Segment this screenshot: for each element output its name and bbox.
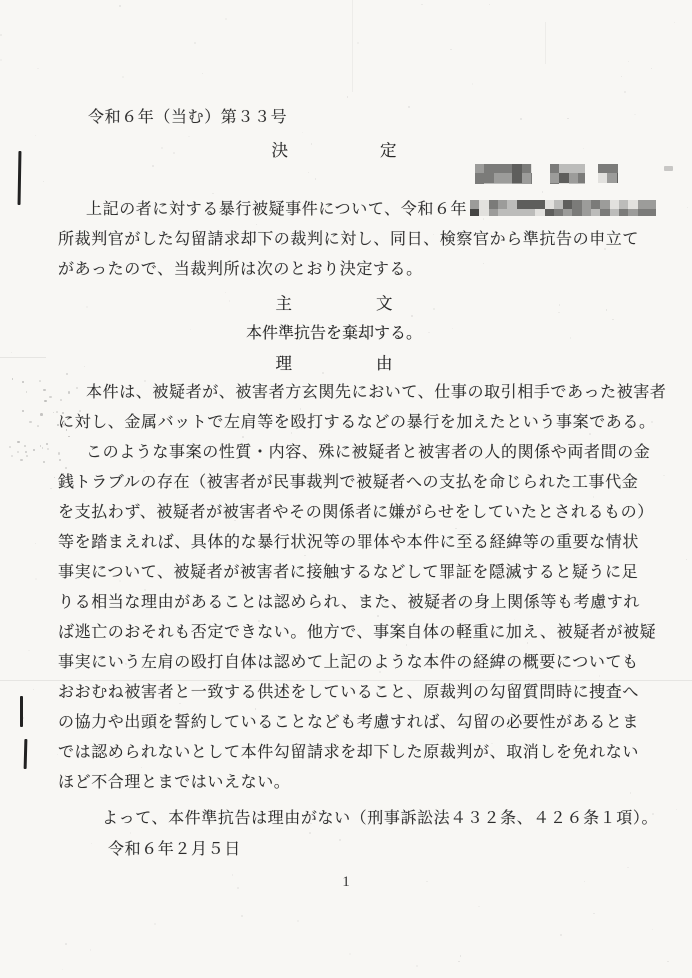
redaction-segment: [598, 164, 618, 183]
paper-noise-speck: [49, 396, 51, 398]
paper-noise-speck: [599, 675, 601, 677]
paper-noise-speck: [11, 352, 12, 353]
scan-crease: [0, 357, 46, 358]
scan-mark: [20, 696, 23, 727]
paper-noise-speck: [363, 267, 364, 268]
paper-noise-speck: [202, 73, 203, 74]
paper-noise-speck: [237, 887, 239, 889]
pixelated-redaction-date-court: [470, 200, 656, 216]
paper-noise-speck: [379, 671, 381, 673]
paper-noise-speck: [212, 193, 214, 195]
paper-noise-speck: [304, 555, 305, 556]
paper-noise-speck: [255, 708, 256, 709]
paper-noise-speck: [549, 423, 551, 425]
paper-noise-speck: [144, 380, 146, 382]
paper-noise-speck: [302, 132, 304, 134]
text-line: では認められないとして本件勾留請求を却下した原裁判が、取消しを免れない: [58, 743, 639, 763]
paper-noise-speck: [651, 68, 652, 69]
paper-noise-speck: [455, 528, 457, 530]
paper-noise-speck: [652, 929, 653, 930]
text-line: おおむね被害者と一致する供述をしていること、原裁判の勾留質問時に捜査へ: [58, 683, 639, 703]
paper-noise-speck: [458, 961, 460, 963]
paper-noise-speck: [43, 181, 44, 182]
paper-noise-speck: [50, 488, 51, 489]
mosaic-cell: [647, 209, 656, 216]
paper-noise-speck: [17, 441, 19, 443]
paper-noise-speck: [28, 650, 30, 652]
text-line-content: りる相当な理由があることは認められ、また、被疑者の身上関係等も考慮すれ: [58, 594, 640, 611]
paper-noise-speck: [225, 18, 226, 19]
paper-noise-speck: [491, 743, 492, 744]
document-title-row: 決定: [58, 137, 610, 161]
text-line: ば逃亡のおそれも否定できない。他方で、事案自体の軽重に加え、被疑者が被疑: [58, 623, 656, 643]
paper-noise-speck: [42, 447, 44, 449]
paper-noise-speck: [33, 689, 34, 690]
paper-noise-speck: [24, 445, 26, 447]
mosaic-cell: [512, 183, 522, 184]
paper-noise-speck: [532, 721, 534, 723]
main-text-row: 本件準抗告を棄却する。: [58, 320, 610, 343]
paper-noise-speck: [26, 391, 28, 393]
paper-noise-speck: [251, 416, 253, 418]
scan-streak: [545, 22, 546, 64]
paper-noise-speck: [589, 433, 591, 435]
paper-noise-speck: [47, 448, 49, 450]
paper-noise-speck: [154, 923, 156, 925]
scan-mark: [24, 739, 27, 769]
paper-noise-speck: [141, 767, 142, 768]
scanned-document-page: 令和６年（当む）第３３号 決定 上記の者に対する暴行被疑事件について、令和６年所…: [0, 0, 692, 978]
paper-noise-speck: [309, 832, 311, 834]
paper-noise-speck: [56, 411, 58, 413]
paper-noise-speck: [674, 22, 676, 24]
paper-noise-speck: [122, 76, 124, 78]
paper-noise-speck: [63, 424, 65, 426]
paper-noise-speck: [70, 680, 71, 681]
main-text-heading: 主文: [276, 290, 477, 314]
paper-noise-speck: [297, 920, 299, 922]
paper-noise-speck: [54, 477, 55, 478]
text-line-content: を支払わず、被疑者が被害者やその関係者に嫌がらせをしていたとされるもの）: [58, 504, 654, 521]
text-line: を支払わず、被疑者が被害者やその関係者に嫌がらせをしていたとされるもの）: [58, 503, 654, 523]
paper-noise-speck: [79, 410, 81, 412]
paper-noise-speck: [632, 424, 634, 426]
paper-noise-speck: [258, 620, 260, 622]
paper-noise-speck: [20, 459, 22, 461]
pixelated-redaction-party-name: [475, 164, 618, 184]
paper-noise-speck: [406, 644, 407, 645]
paper-noise-speck: [315, 178, 317, 180]
paper-noise-speck: [542, 191, 544, 193]
paper-noise-speck: [686, 559, 687, 560]
paper-noise-speck: [225, 292, 226, 293]
text-line: 銭トラブルの存在（被害者が民事裁判で被疑者への支払を命じられた工事代金: [58, 473, 638, 493]
paper-noise-speck: [242, 436, 244, 438]
paper-noise-speck: [67, 476, 70, 479]
mosaic-cell: [507, 209, 517, 216]
paper-noise-speck: [452, 328, 453, 329]
paper-noise-speck: [66, 373, 67, 374]
paper-noise-speck: [91, 843, 92, 844]
paper-noise-speck: [392, 483, 393, 484]
paper-noise-speck: [161, 147, 163, 149]
paper-noise-speck: [17, 451, 19, 453]
paper-noise-speck: [411, 315, 412, 316]
paper-noise-speck: [35, 135, 37, 137]
text-line: があったので、当裁判所は次のとおり決定する。: [58, 260, 423, 280]
paper-noise-speck: [86, 306, 87, 307]
paper-noise-speck: [192, 690, 194, 692]
paper-noise-speck: [11, 455, 13, 457]
paper-noise-speck: [416, 965, 418, 967]
text-line-content: ば逃亡のおそれも否定できない。他方で、事案自体の軽重に加え、被疑者が被疑: [58, 624, 656, 641]
paper-noise-speck: [460, 955, 461, 956]
paper-noise-speck: [667, 961, 669, 963]
paper-noise-speck: [173, 152, 175, 154]
case-number: 令和６年（当む）第３３号: [88, 104, 287, 127]
mosaic-cell: [617, 173, 618, 183]
paper-noise-speck: [433, 234, 434, 235]
paper-noise-speck: [422, 533, 423, 534]
paper-noise-speck: [22, 381, 24, 383]
paper-noise-speck: [567, 118, 569, 120]
paper-noise-speck: [59, 459, 61, 461]
paper-noise-speck: [436, 817, 438, 819]
paper-noise-speck: [560, 934, 562, 936]
scan-mark: [18, 151, 22, 205]
text-line-content: 等を踏まえれば、具体的な暴行状況等の罪体や本件に至る経緯等の重要な情状: [58, 534, 639, 551]
paper-noise-speck: [483, 263, 484, 264]
paper-noise-speck: [347, 96, 348, 97]
paper-noise-speck: [22, 717, 24, 719]
paper-noise-speck: [179, 703, 180, 704]
paper-noise-speck: [687, 207, 688, 208]
paper-noise-speck: [35, 543, 36, 544]
paper-noise-speck: [328, 440, 330, 442]
paper-noise-speck: [520, 118, 521, 119]
paper-noise-speck: [188, 136, 189, 137]
paper-noise-speck: [634, 114, 636, 116]
paper-noise-speck: [349, 953, 351, 955]
paper-noise-speck: [628, 61, 629, 62]
mosaic-cell: [531, 183, 532, 184]
text-line-content: このような事案の性質・内容、殊に被疑者と被害者の人的関係や両者間の金: [86, 444, 650, 461]
paper-noise-speck: [43, 389, 45, 391]
paper-noise-speck: [450, 49, 452, 51]
text-line: 上記の者に対する暴行被疑事件について、令和６年: [58, 200, 656, 220]
paper-noise-speck: [270, 575, 272, 577]
text-line-content: 所裁判官がした勾留請求却下の裁判に対し、同日、検察官から準抗告の申立て: [58, 231, 639, 248]
paper-noise-speck: [416, 542, 418, 544]
paper-noise-speck: [29, 421, 31, 423]
paper-noise-speck: [593, 496, 595, 498]
paper-noise-speck: [421, 4, 423, 6]
paper-noise-speck: [377, 615, 379, 617]
text-line-content: 事実について、被疑者が被害者に接触するなどして罪証を隠滅すると疑うに足: [58, 564, 638, 581]
paper-noise-speck: [68, 436, 69, 437]
paper-noise-speck: [144, 589, 146, 591]
text-line-content: おおむね被害者と一致する供述をしていること、原裁判の勾留質問時に捜査へ: [58, 684, 639, 701]
paper-noise-speck: [433, 308, 435, 310]
paper-noise-speck: [0, 59, 2, 61]
main-text-heading-row: 主文: [58, 290, 610, 314]
paper-noise-speck: [587, 566, 589, 568]
text-line: 本件は、被疑者が、被害者方玄関先において、仕事の取引相手であった被害者: [58, 383, 667, 403]
paper-noise-speck: [33, 449, 35, 451]
paper-noise-speck: [76, 387, 78, 389]
mosaic-cell: [578, 183, 585, 184]
paper-noise-speck: [0, 34, 2, 36]
mosaic-cell: [600, 209, 610, 216]
paper-noise-speck: [339, 839, 341, 841]
paper-noise-speck: [652, 813, 654, 815]
paper-noise-speck: [152, 165, 154, 167]
paper-noise-speck: [531, 236, 532, 237]
paper-noise-speck: [514, 619, 515, 620]
paper-noise-speck: [593, 913, 595, 915]
paper-noise-speck: [58, 452, 60, 454]
paper-noise-speck: [509, 620, 510, 621]
text-line: 事実について、被疑者が被害者に接触するなどして罪証を隠滅すると疑うに足: [58, 563, 638, 583]
decision-date: 令和６年２月５日: [108, 836, 241, 859]
paper-noise-speck: [37, 68, 39, 70]
paper-noise-speck: [119, 5, 120, 6]
paper-noise-speck: [43, 461, 45, 463]
paper-noise-speck: [90, 949, 92, 951]
text-line: 等を踏まえれば、具体的な暴行状況等の罪体や本件に至る経緯等の重要な情状: [58, 533, 639, 553]
paper-noise-speck: [44, 400, 47, 403]
main-text: 本件準抗告を棄却する。: [246, 320, 422, 343]
paper-noise-speck: [357, 744, 358, 745]
paper-noise-speck: [326, 244, 328, 246]
paper-noise-speck: [607, 455, 609, 457]
paper-noise-speck: [39, 380, 41, 382]
paper-noise-speck: [308, 172, 309, 173]
text-line: 所裁判官がした勾留請求却下の裁判に対し、同日、検察官から準抗告の申立て: [58, 230, 639, 250]
text-line-content: 本件は、被疑者が、被害者方玄関先において、仕事の取引相手であった被害者: [86, 384, 667, 401]
scan-crease: [0, 680, 692, 681]
text-line-content: ほど不合理とまではいえない。: [58, 774, 290, 791]
redaction-segment: [550, 164, 585, 184]
mosaic-cell: [554, 209, 564, 216]
text-line: ほど不合理とまではいえない。: [58, 773, 290, 793]
paper-noise-speck: [621, 76, 623, 78]
text-line: 事実にいう左肩の殴打自体は認めて上記のような本件の経緯の概要についても: [58, 653, 639, 673]
text-line-content: に対し、金属バットで左肩等を殴打するなどの暴行を加えたという事案である。: [58, 414, 656, 431]
text-line: の協力や出頭を誓約していることなども考慮すれば、勾留の必要性があるとま: [58, 713, 639, 733]
paper-noise-speck: [37, 425, 39, 427]
text-line-content: があったので、当裁判所は次のとおり決定する。: [58, 261, 423, 278]
text-line: りる相当な理由があることは認められ、また、被疑者の身上関係等も考慮すれ: [58, 593, 640, 613]
text-line: に対し、金属バットで左肩等を殴打するなどの暴行を加えたという事案である。: [58, 413, 656, 433]
paper-noise-speck: [408, 106, 409, 107]
paper-noise-speck: [624, 91, 626, 93]
paper-noise-speck: [300, 408, 301, 409]
paper-noise-speck: [46, 443, 48, 445]
text-line-content: の協力や出頭を誓約していることなども考慮すれば、勾留の必要性があるとま: [58, 714, 639, 731]
paper-noise-speck: [357, 42, 359, 44]
paper-noise-speck: [614, 422, 616, 424]
document-title: 決定: [272, 137, 489, 161]
paper-noise-speck: [65, 943, 67, 945]
paper-noise-speck: [94, 691, 96, 693]
paper-noise-speck: [241, 915, 243, 917]
paper-noise-speck: [35, 578, 37, 580]
redaction-segment: [475, 164, 532, 184]
paper-noise-speck: [62, 473, 65, 476]
paper-noise-speck: [143, 470, 145, 472]
page-number: 1: [0, 874, 692, 891]
paper-noise-speck: [26, 455, 28, 457]
paper-noise-speck: [25, 451, 27, 453]
scan-smudge: [664, 166, 673, 171]
paper-noise-speck: [405, 536, 406, 537]
paper-noise-speck: [9, 446, 11, 448]
paper-noise-speck: [53, 412, 55, 414]
paper-noise-speck: [65, 467, 67, 469]
paper-noise-speck: [256, 224, 257, 225]
paper-noise-speck: [630, 792, 632, 794]
paper-noise-speck: [604, 248, 606, 250]
text-line-content: 銭トラブルの存在（被害者が民事裁判で被疑者への支払を命じられた工事代金: [58, 474, 638, 491]
text-line-content: 事実にいう左肩の殴打自体は認めて上記のような本件の経緯の概要についても: [58, 654, 639, 671]
paper-noise-speck: [676, 809, 677, 810]
paper-noise-speck: [60, 399, 62, 401]
paper-noise-speck: [100, 539, 101, 540]
reasons-heading: 理由: [276, 350, 477, 374]
text-line-content: 上記の者に対する暴行被疑事件について、令和６年: [86, 201, 467, 218]
reasons-heading-row: 理由: [58, 350, 610, 374]
paper-noise-speck: [62, 969, 63, 970]
paper-noise-speck: [612, 319, 614, 321]
paper-noise-speck: [627, 867, 629, 869]
paper-noise-speck: [22, 410, 24, 412]
text-line-content: では認められないとして本件勾留請求を却下した原裁判が、取消しを免れない: [58, 744, 639, 761]
scan-streak: [352, 0, 353, 92]
paper-noise-speck: [651, 421, 653, 423]
paper-noise-speck: [663, 475, 664, 476]
paper-noise-speck: [606, 309, 607, 310]
paper-noise-speck: [489, 4, 490, 5]
paper-noise-speck: [12, 378, 13, 379]
conclusion-line: よって、本件準抗告は理由がない（刑事訴訟法４３２条、４２６条１項）。: [102, 805, 658, 828]
paper-noise-speck: [472, 83, 474, 85]
paper-noise-speck: [401, 820, 403, 822]
paper-noise-speck: [478, 906, 480, 908]
text-line: このような事案の性質・内容、殊に被疑者と被害者の人的関係や両者間の金: [58, 443, 650, 463]
paper-noise-speck: [194, 42, 196, 44]
paper-noise-speck: [40, 413, 43, 416]
paper-noise-speck: [118, 548, 119, 549]
paper-noise-speck: [130, 832, 132, 834]
paper-noise-speck: [446, 204, 447, 205]
